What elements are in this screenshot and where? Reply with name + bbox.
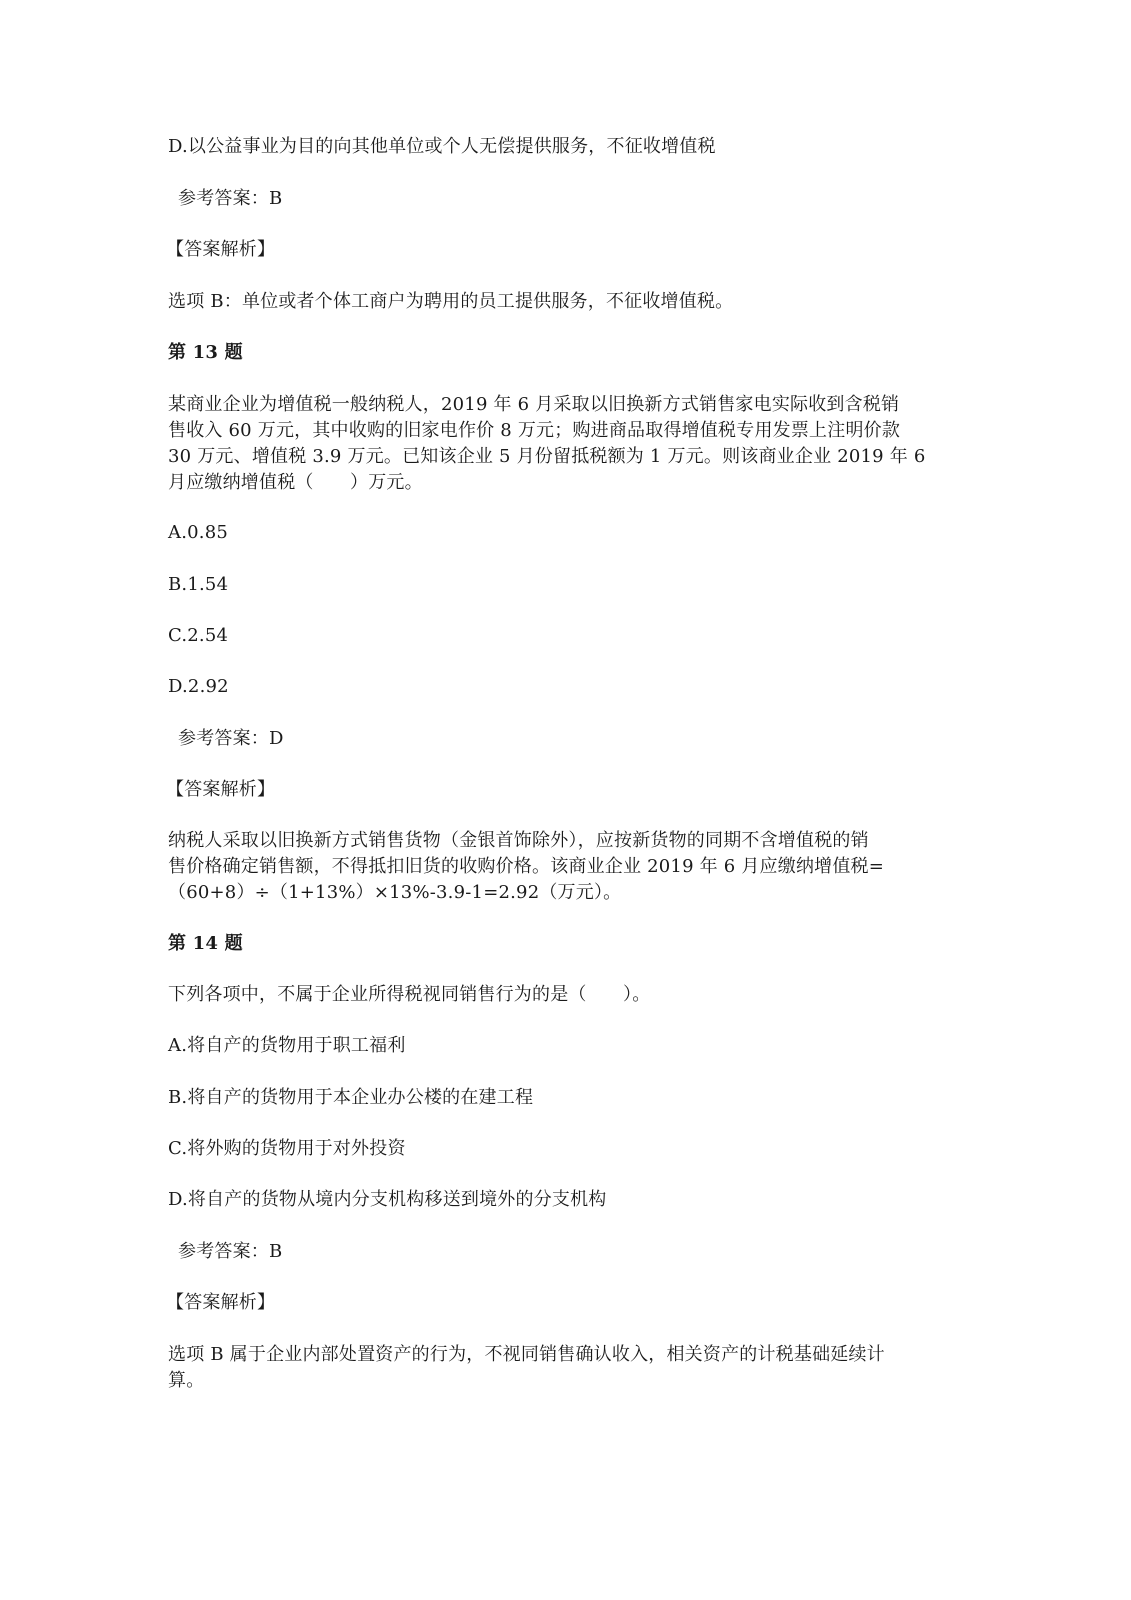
q14-analysis-line: 选项 B 属于企业内部处置资产的行为，不视同销售确认收入，相关资产的计税基础延续…	[168, 1342, 885, 1368]
q13-title: 第 13 题	[168, 340, 243, 366]
q13-reference-answer: 参考答案：D	[178, 726, 284, 752]
q13-option-b: B.1.54	[168, 572, 228, 598]
q13-stem-line: 30 万元、增值税 3.9 万元。已知该企业 5 月份留抵税额为 1 万元。则该…	[168, 444, 926, 470]
q13-option-a: A.0.85	[168, 520, 228, 546]
q14-option-c: C.将外购的货物用于对外投资	[168, 1136, 406, 1162]
q12-analysis-label: 【答案解析】	[166, 237, 275, 263]
q13-analysis-line: （60+8）÷（1+13%）×13%-3.9-1=2.92（万元）。	[168, 880, 621, 906]
q14-option-b: B.将自产的货物用于本企业办公楼的在建工程	[168, 1085, 533, 1111]
q13-stem-line: 月应缴纳增值税（ ）万元。	[168, 470, 423, 496]
q13-analysis-label: 【答案解析】	[166, 777, 275, 803]
q14-title: 第 14 题	[168, 931, 243, 957]
q13-option-c: C.2.54	[168, 623, 228, 649]
q14-option-d: D.将自产的货物从境内分支机构移送到境外的分支机构	[168, 1187, 607, 1213]
q14-option-a: A.将自产的货物用于职工福利	[168, 1033, 406, 1059]
q14-stem: 下列各项中，不属于企业所得税视同销售行为的是（ ）。	[168, 982, 650, 1008]
q14-analysis-line: 算。	[168, 1368, 204, 1394]
q13-option-d: D.2.92	[168, 674, 229, 700]
q13-stem-line: 售收入 60 万元，其中收购的旧家电作价 8 万元；购进商品取得增值税专用发票上…	[168, 418, 900, 444]
q13-analysis-line: 纳税人采取以旧换新方式销售货物（金银首饰除外），应按新货物的同期不含增值税的销	[168, 828, 869, 854]
q12-analysis-text: 选项 B：单位或者个体工商户为聘用的员工提供服务，不征收增值税。	[168, 289, 733, 315]
q13-stem-line: 某商业企业为增值税一般纳税人，2019 年 6 月采取以旧换新方式销售家电实际收…	[168, 392, 899, 418]
q14-analysis-label: 【答案解析】	[166, 1290, 275, 1316]
q14-reference-answer: 参考答案：B	[178, 1239, 282, 1265]
q13-analysis-line: 售价格确定销售额，不得抵扣旧货的收购价格。该商业企业 2019 年 6 月应缴纳…	[168, 854, 884, 880]
q12-reference-answer: 参考答案：B	[178, 186, 282, 212]
q12-option-d: D.以公益事业为目的向其他单位或个人无偿提供服务，不征收增值税	[168, 134, 716, 160]
document-page: D.以公益事业为目的向其他单位或个人无偿提供服务，不征收增值税 参考答案：B 【…	[0, 0, 1131, 1600]
